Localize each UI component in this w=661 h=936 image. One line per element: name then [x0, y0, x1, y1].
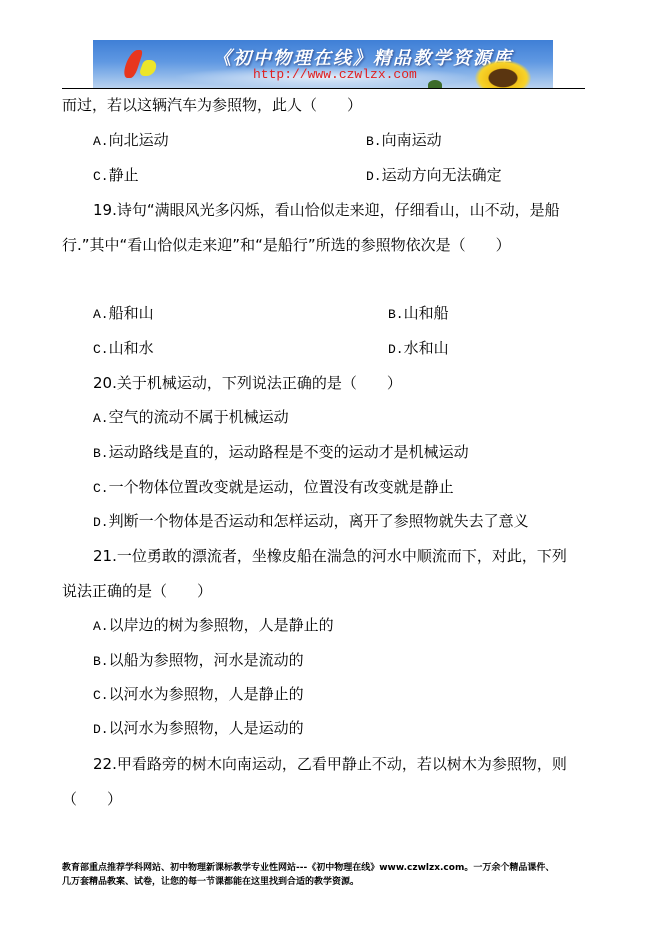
q18-option-d: D.运动方向无法确定	[366, 166, 502, 186]
q18-option-b: B.向南运动	[366, 131, 442, 151]
q21-stem-line2: 说法正确的是（ ）	[62, 582, 212, 600]
banner-url-link[interactable]: http://www.czwlzx.com	[253, 67, 417, 82]
q20-option-a: A.空气的流动不属于机械运动	[93, 408, 289, 428]
header-banner: 《初中物理在线》精品教学资源库 http://www.czwlzx.com	[93, 40, 553, 88]
q19-option-b: B.山和船	[388, 304, 449, 324]
header-rule	[62, 88, 585, 89]
q21-stem-line1: 21.一位勇敢的漂流者，坐橡皮船在湍急的河水中顺流而下，对此，下列	[93, 547, 567, 565]
footer-line2: 几万套精品教案、试卷，让您的每一节课都能在这里找到合适的教学资源。	[62, 876, 359, 888]
q19-option-d: D.水和山	[388, 339, 449, 359]
q20-option-c: C.一个物体位置改变就是运动，位置没有改变就是静止	[93, 478, 454, 498]
q18-option-c: C.静止	[93, 166, 139, 186]
footer-line1: 教育部重点推荐学科网站、初中物理新课标教学专业性网站---《初中物理在线》www…	[62, 862, 554, 874]
q19-stem-line1: 19.诗句“满眼风光多闪烁，看山恰似走来迎，仔细看山，山不动，是船	[93, 201, 560, 219]
q21-option-c: C.以河水为参照物，人是静止的	[93, 685, 304, 705]
q19-option-a: A.船和山	[93, 304, 154, 324]
q20-option-d: D.判断一个物体是否运动和怎样运动，离开了参照物就失去了意义	[93, 512, 529, 532]
logo-accent-icon	[138, 60, 159, 76]
q20-stem: 20.关于机械运动，下列说法正确的是（ ）	[93, 374, 402, 392]
q21-option-d: D.以河水为参照物，人是运动的	[93, 719, 304, 739]
sunflower-icon	[475, 60, 531, 88]
leaf-icon	[428, 80, 442, 88]
q21-option-a: A.以岸边的树为参照物，人是静止的	[93, 616, 334, 636]
q22-stem-line2: （ ）	[62, 790, 122, 808]
q19-stem-line2: 行.”其中“看山恰似走来迎”和“是船行”所选的参照物依次是（ ）	[62, 236, 511, 254]
q20-option-b: B.运动路线是直的，运动路程是不变的运动才是机械运动	[93, 443, 469, 463]
q22-stem-line1: 22.甲看路旁的树木向南运动，乙看甲静止不动，若以树木为参照物，则	[93, 755, 567, 773]
q18-stem-tail: 而过，若以这辆汽车为参照物，此人（ ）	[62, 96, 362, 114]
q19-option-c: C.山和水	[93, 339, 154, 359]
q18-option-a: A.向北运动	[93, 131, 169, 151]
q21-option-b: B.以船为参照物，河水是流动的	[93, 651, 304, 671]
